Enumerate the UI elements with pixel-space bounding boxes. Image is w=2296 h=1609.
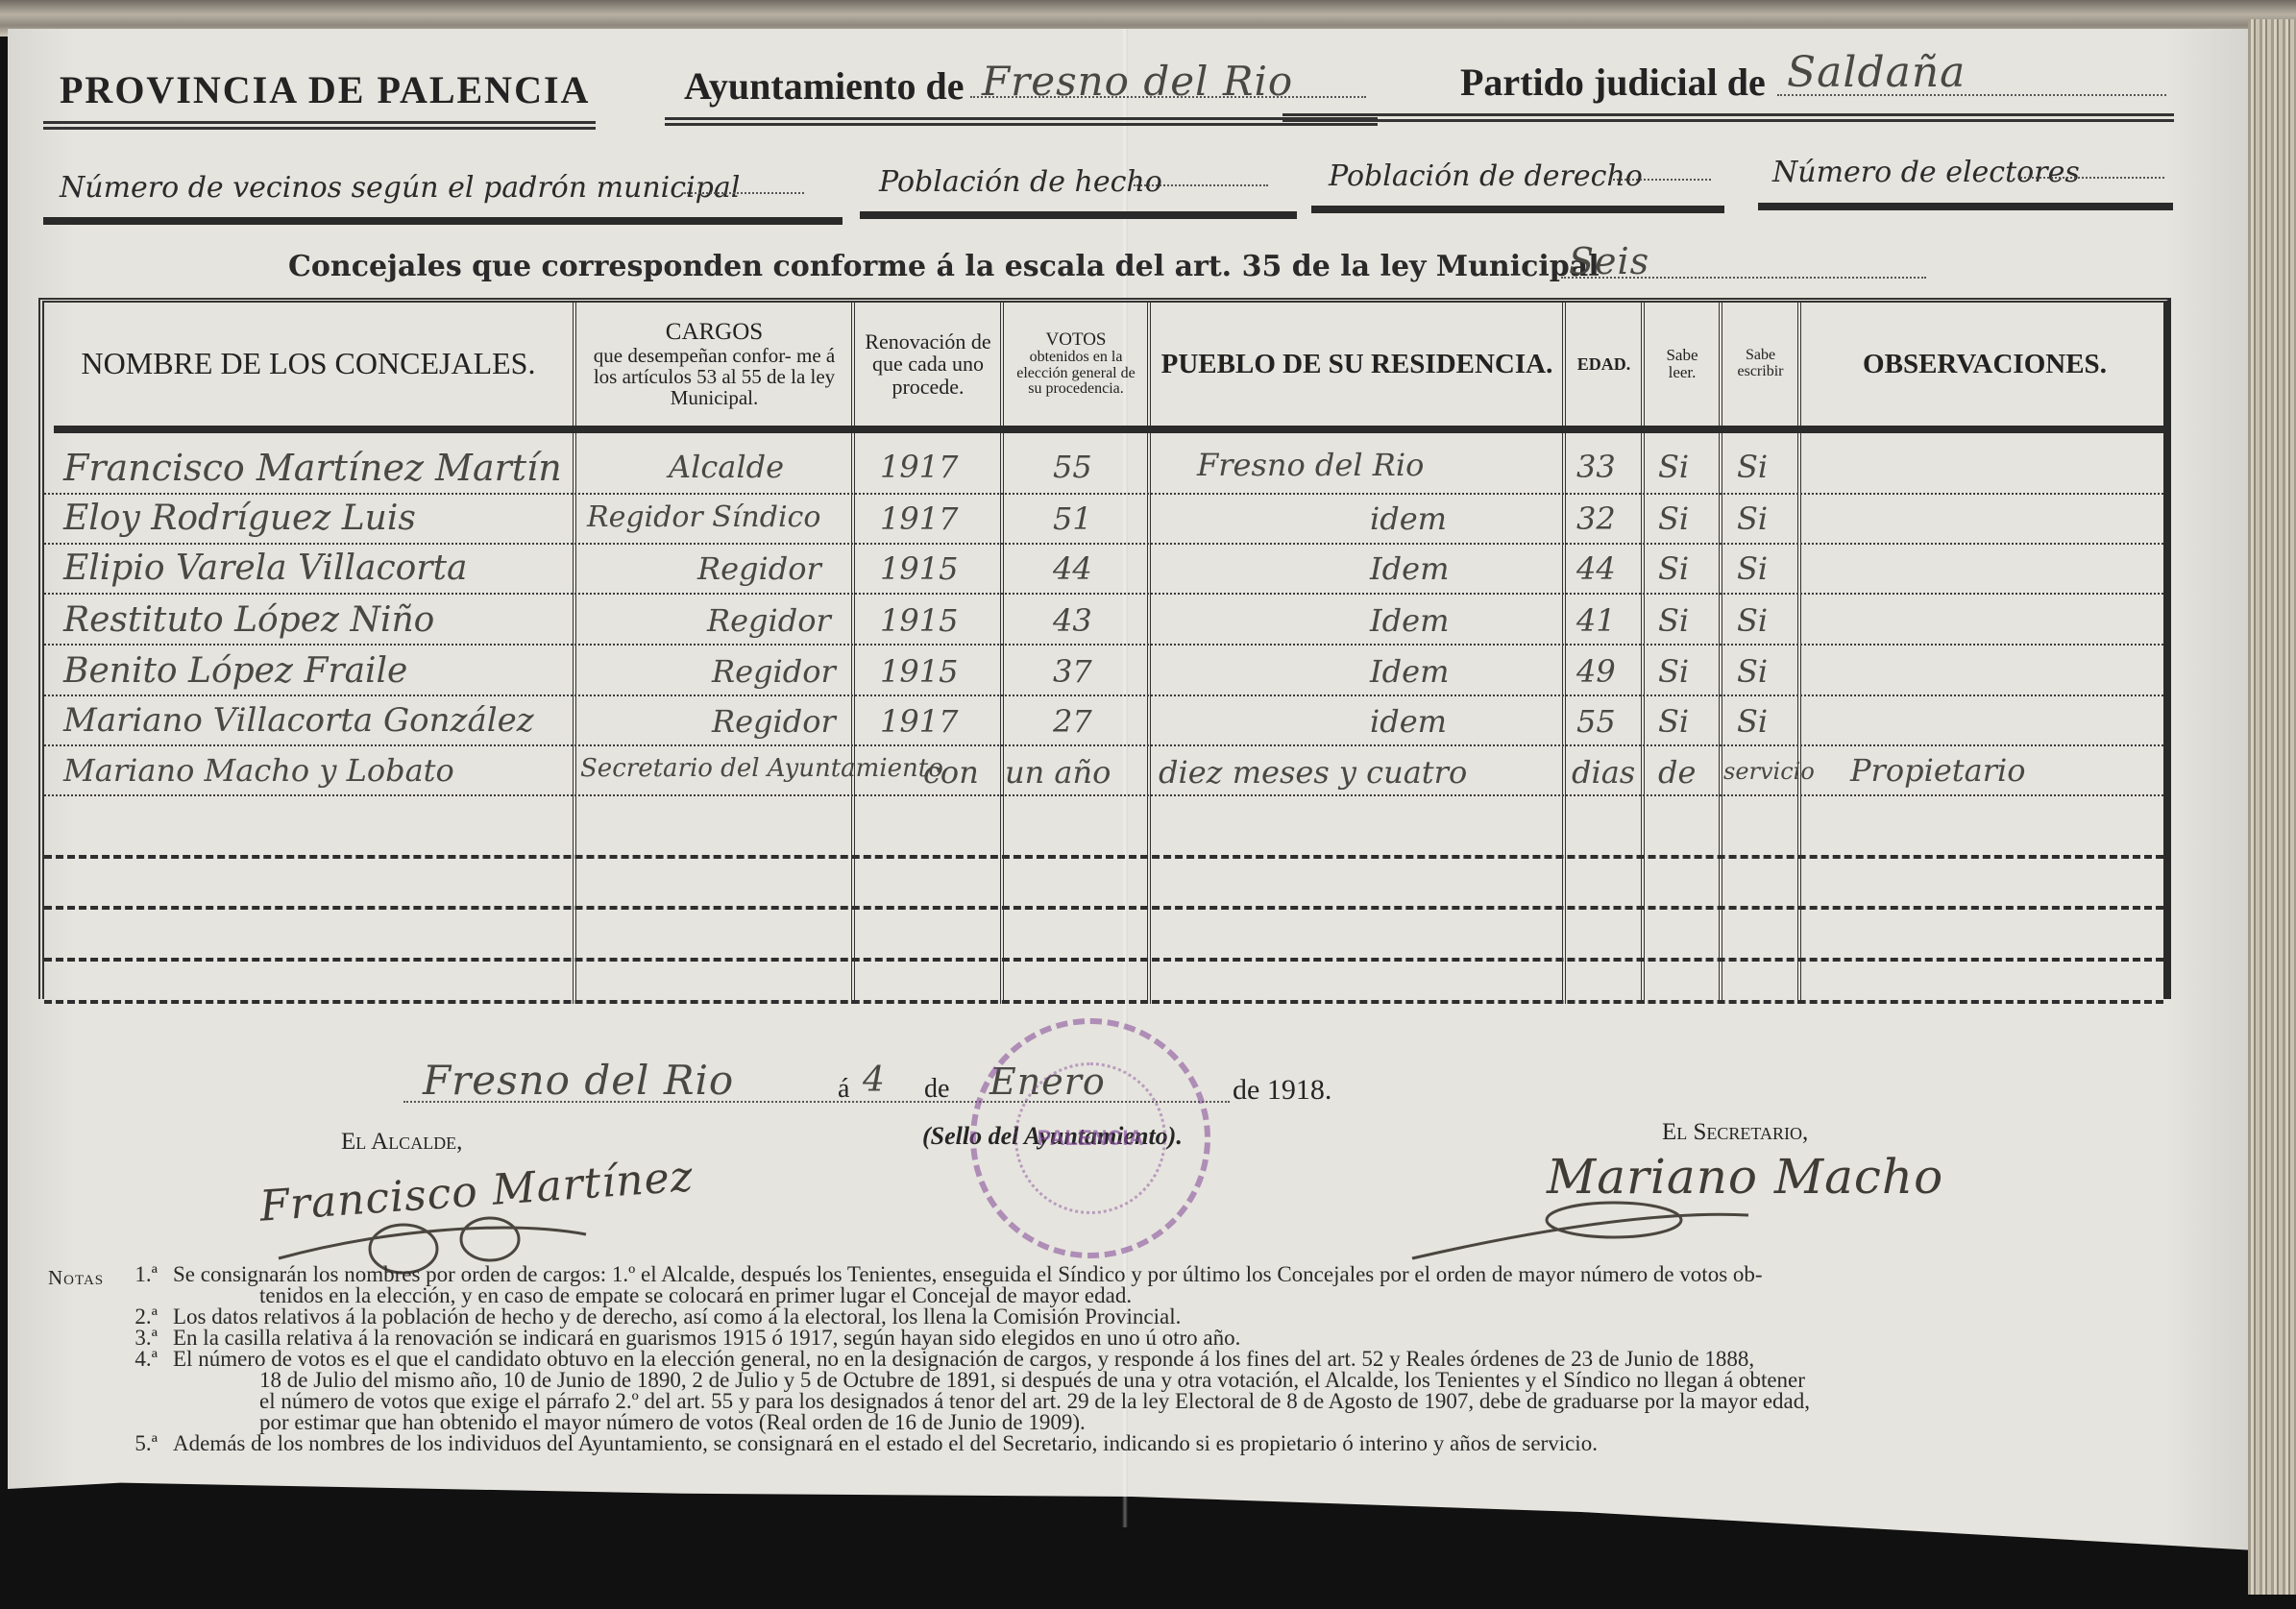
cell-votos: 37 [1053, 653, 1092, 690]
note-item: 3.ªEn la casilla relativa á la renovació… [86, 1328, 2200, 1349]
note-text: tenidos en la elección, y en caso de emp… [86, 1285, 2200, 1306]
col-divider [1797, 303, 1801, 1004]
note-text: Los datos relativos á la población de he… [173, 1306, 2200, 1328]
note-number: 4.ª [86, 1349, 173, 1370]
col-divider [1641, 303, 1645, 1004]
row-line [44, 543, 2163, 545]
province-title: PROVINCIA DE PALENCIA [60, 67, 590, 112]
row-line [44, 958, 2163, 962]
note-number: 2.ª [86, 1306, 173, 1328]
electores-label: Número de electores [1772, 156, 2080, 189]
cell-renovacion: 1915 [880, 550, 958, 587]
cargos-subtitle: que desempeñan confor- me á los artículo… [577, 345, 851, 408]
cell-text-4: dias [1572, 754, 1635, 791]
cell-escribir: Si [1737, 449, 1768, 485]
col-header-edad: EDAD. [1567, 303, 1641, 426]
derecho-label: Población de derecho [1329, 159, 1643, 193]
note-number: 3.ª [86, 1328, 173, 1349]
vecinos-rule [43, 217, 843, 225]
concejales-field: Seis [1561, 240, 1926, 279]
cell-escribir: Si [1737, 703, 1768, 740]
note-number: 1.ª [86, 1264, 173, 1285]
cell-cargo: Regidor [707, 602, 831, 639]
cell-votos: 43 [1053, 602, 1092, 639]
cell-votos: 51 [1053, 500, 1092, 537]
cell-renovacion: 1915 [880, 602, 958, 639]
cell-leer: Si [1658, 550, 1689, 587]
cell-cargo: Regidor [712, 653, 836, 690]
col-header-nombre: NOMBRE DE LOS CONCEJALES. [44, 303, 573, 426]
cell-edad: 41 [1576, 602, 1616, 639]
date-a: á [838, 1074, 849, 1105]
concejales-value: Seis [1561, 240, 1649, 282]
cell-leer: Si [1658, 500, 1689, 537]
cell-edad: 33 [1576, 449, 1616, 485]
col-header-escribir: Sabe escribir [1723, 303, 1797, 426]
alcalde-title: El Alcalde, [341, 1129, 462, 1156]
cell-edad: 32 [1576, 500, 1616, 537]
municipal-seal-stamp: PALENCIA [970, 1018, 1210, 1258]
note-text: Se consignarán los nombres por orden de … [173, 1264, 2200, 1285]
cell-leer: Si [1658, 449, 1689, 485]
cell-leer: Si [1658, 703, 1689, 740]
cell-cargo: Secretario del Ayuntamiento [580, 754, 943, 783]
note-item: 2.ªLos datos relativos á la población de… [86, 1306, 2200, 1328]
electores-field [2020, 177, 2164, 179]
cell-nombre: Restituto López Niño [63, 600, 434, 640]
ayuntamiento-rule [665, 117, 1378, 126]
partido-label: Partido judicial de [1460, 60, 1766, 105]
cell-nombre: Mariano Villacorta González [63, 701, 534, 740]
note-item: 5.ªAdemás de los nombres de los individu… [86, 1433, 2200, 1454]
cell-obs: Propietario [1850, 752, 2025, 789]
cell-text-3: diez meses y cuatro [1159, 754, 1467, 791]
col-header-observaciones: OBSERVACIONES. [1802, 303, 2167, 426]
row-line [44, 794, 2163, 796]
cell-votos: 44 [1053, 550, 1092, 587]
note-text: 18 de Julio del mismo año, 10 de Junio d… [86, 1370, 2200, 1391]
date-year: de 1918. [1233, 1074, 1331, 1107]
cell-nombre: Eloy Rodríguez Luis [63, 499, 416, 538]
stamp-inner-ring: PALENCIA [1014, 1062, 1166, 1214]
cell-edad: 55 [1576, 703, 1616, 740]
province-rule [43, 121, 596, 130]
partido-rule [1282, 113, 2174, 122]
cell-escribir: Si [1737, 653, 1768, 690]
cell-text-1: con [923, 754, 979, 791]
cell-renovacion: 1917 [880, 449, 958, 485]
cell-nombre: Francisco Martínez Martín [63, 447, 562, 489]
col-header-renovacion: Renovación de que cada uno procede. [856, 303, 1000, 426]
cell-escribir: Si [1737, 602, 1768, 639]
concejales-table: NOMBRE DE LOS CONCEJALES. CARGOS que des… [38, 298, 2171, 999]
cell-edad: 44 [1576, 550, 1616, 587]
date-day: 4 [863, 1060, 886, 1100]
row-line [44, 906, 2163, 910]
ayuntamiento-field: Fresno del Rio [970, 58, 1366, 98]
note-item: 1.ªSe consignarán los nombres por orden … [86, 1264, 2200, 1306]
note-item: 4.ªEl número de votos es el que el candi… [86, 1349, 2200, 1433]
cell-text-5: de [1658, 754, 1696, 791]
votos-subtitle: obtenidos en la elección general de su p… [1005, 350, 1147, 398]
ayuntamiento-value: Fresno del Rio [970, 58, 1293, 105]
cell-renovacion: 1917 [880, 500, 958, 537]
header-rule [54, 426, 2163, 433]
cell-votos: 55 [1053, 449, 1092, 485]
secretario-flourish [1297, 1191, 1758, 1268]
cell-nombre: Mariano Macho y Lobato [63, 752, 454, 789]
row-line [44, 493, 2163, 495]
col-divider [1562, 303, 1566, 1004]
col-header-pueblo: PUEBLO DE SU RESIDENCIA. [1152, 303, 1562, 426]
partido-field: Saldaña [1777, 48, 2166, 96]
votos-title: VOTOS [1046, 330, 1107, 350]
cell-cargo: Regidor [712, 703, 836, 740]
cell-pueblo: Idem [1370, 602, 1449, 639]
stamp-text: PALENCIA [1038, 1126, 1144, 1151]
cell-cargo: Alcalde [669, 449, 784, 485]
note-text: El número de votos es el que el candidat… [173, 1349, 2200, 1370]
note-text: Además de los nombres de los individuos … [173, 1433, 2200, 1454]
cell-pueblo: Idem [1370, 550, 1449, 587]
note-text: por estimar que han obtenido el mayor nú… [86, 1412, 2200, 1433]
cell-leer: Si [1658, 653, 1689, 690]
hecho-rule [860, 211, 1297, 219]
hecho-field [1134, 184, 1268, 186]
note-number: 5.ª [86, 1433, 173, 1454]
cell-escribir: Si [1737, 550, 1768, 587]
cell-cargo: Regidor [697, 550, 821, 587]
row-line [44, 644, 2163, 646]
row-line [44, 593, 2163, 595]
cargos-title: CARGOS [666, 320, 763, 345]
secretario-title: El Secretario, [1662, 1119, 1808, 1146]
col-header-votos: VOTOS obtenidos en la elección general d… [1005, 303, 1147, 426]
col-header-cargos: CARGOS que desempeñan confor- me á los a… [577, 303, 851, 426]
row-line [44, 855, 2163, 859]
col-divider [851, 303, 855, 1004]
col-divider [573, 303, 576, 1004]
cell-leer: Si [1658, 602, 1689, 639]
col-divider [1147, 303, 1151, 1004]
cell-nombre: Elipio Varela Villacorta [63, 549, 467, 588]
date-de: de [924, 1074, 949, 1105]
note-text: el número de votos que exige el párrafo … [86, 1391, 2200, 1412]
hecho-label: Población de hecho [879, 165, 1162, 199]
note-text: En la casilla relativa á la renovación s… [173, 1328, 2200, 1349]
row-line [44, 744, 2163, 746]
book-page-edges [2248, 19, 2296, 1595]
ayuntamiento-label: Ayuntamiento de [684, 63, 964, 109]
partido-value: Saldaña [1777, 48, 1966, 97]
concejales-label: Concejales que corresponden conforme á l… [288, 250, 1600, 283]
vecinos-field [684, 192, 804, 194]
cell-pueblo: Fresno del Rio [1197, 447, 1424, 483]
cell-votos: 27 [1053, 703, 1092, 740]
cell-edad: 49 [1576, 653, 1616, 690]
cell-cargo: Regidor Síndico [587, 500, 820, 534]
col-header-leer: Sabe leer. [1646, 303, 1719, 426]
date-place: Fresno del Rio [423, 1057, 734, 1104]
notes-section: 1.ªSe consignarán los nombres por orden … [86, 1264, 2200, 1454]
cell-pueblo: idem [1370, 703, 1447, 740]
electores-rule [1758, 203, 2173, 210]
cell-nombre: Benito López Fraile [63, 651, 407, 691]
col-divider [1000, 303, 1004, 1004]
row-line [44, 695, 2163, 696]
derecho-rule [1311, 206, 1724, 213]
col-divider [1719, 303, 1722, 1004]
cell-pueblo: Idem [1370, 653, 1449, 690]
row-line [44, 1000, 2163, 1004]
cell-pueblo: idem [1370, 500, 1447, 537]
derecho-field [1610, 179, 1711, 181]
cell-renovacion: 1917 [880, 703, 958, 740]
cell-text-2: un año [1005, 754, 1111, 791]
cell-escribir: Si [1737, 500, 1768, 537]
vecinos-label: Número de vecinos según el padrón munici… [60, 171, 740, 205]
cell-text-6: servicio [1723, 758, 1815, 785]
cell-renovacion: 1915 [880, 653, 958, 690]
